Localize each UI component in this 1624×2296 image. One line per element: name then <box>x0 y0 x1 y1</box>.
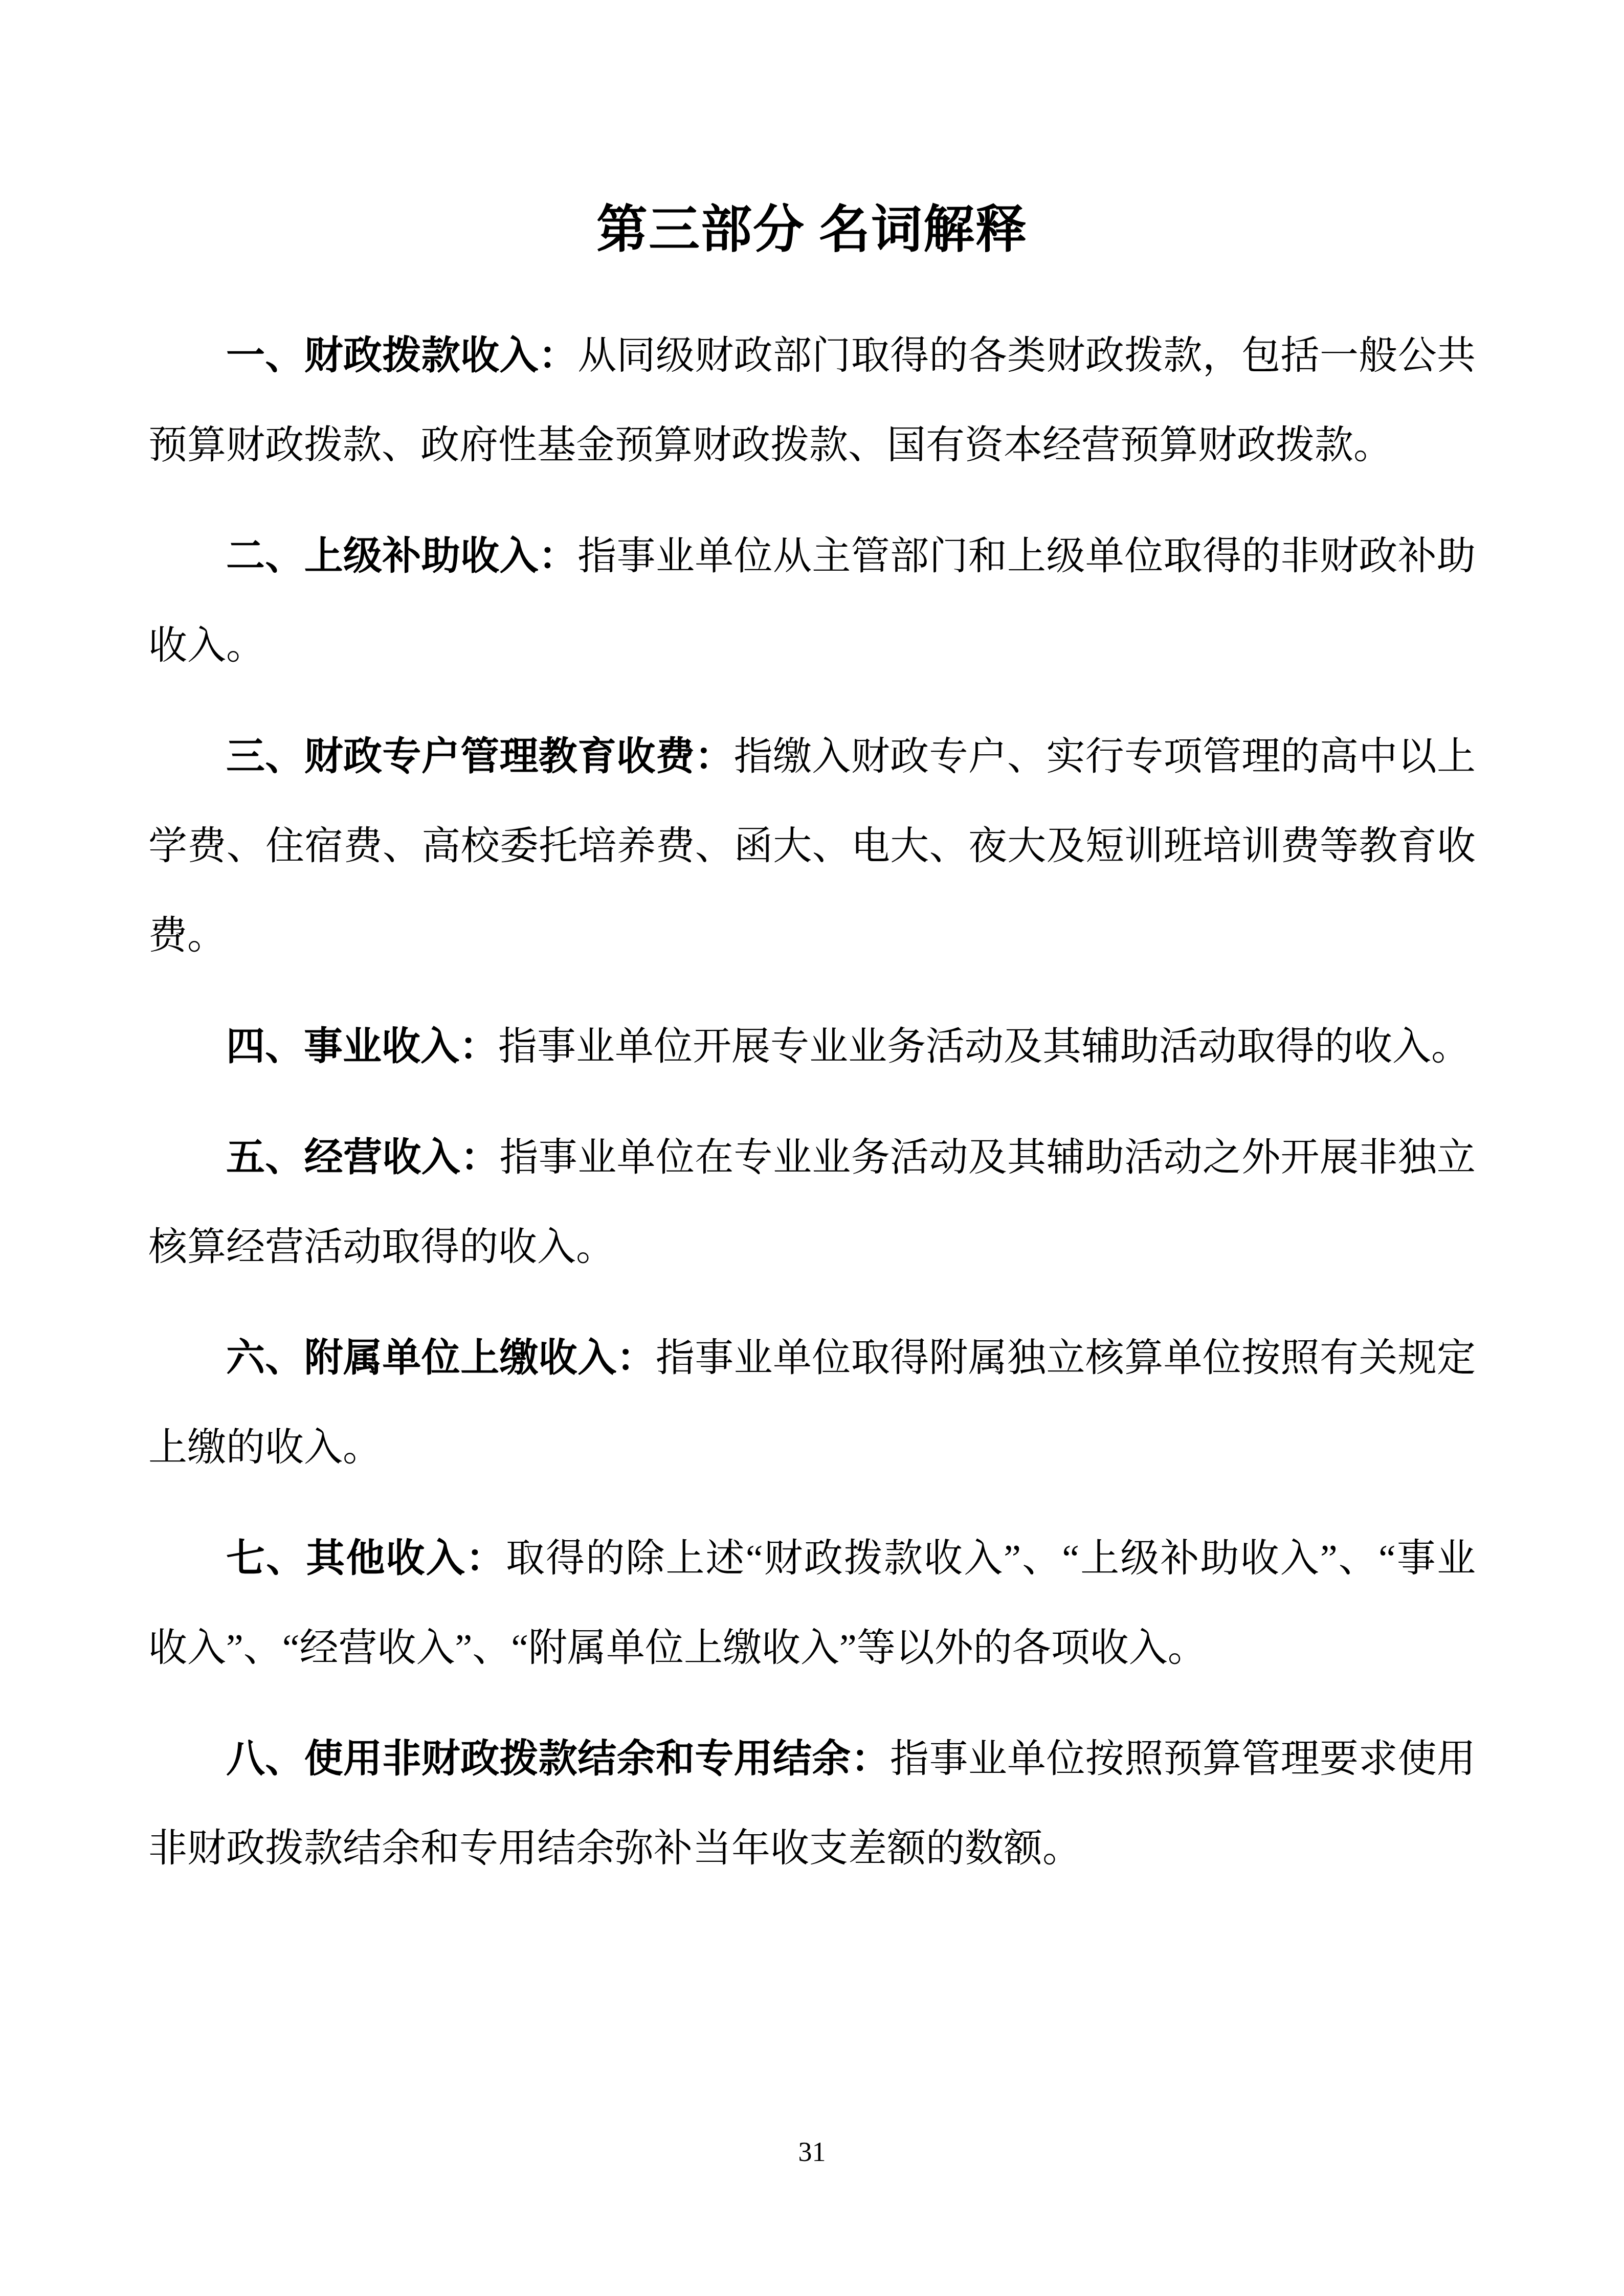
term-label-8: 八、使用非财政拨款结余和专用结余： <box>226 1738 890 1781</box>
glossary-entry-7: 七、其他收入：取得的除上述“财政拨款收入”、“上级补助收入”、“事业收入”、“经… <box>148 1514 1476 1693</box>
term-label-5: 五、经营收入： <box>226 1136 499 1179</box>
term-label-7: 七、其他收入： <box>226 1537 506 1580</box>
glossary-entry-6: 六、附属单位上缴收入：指事业单位取得附属独立核算单位按照有关规定上缴的收入。 <box>148 1314 1476 1493</box>
document-page: 第三部分 名词解释 一、财政拨款收入：从同级财政部门取得的各类财政拨款，包括一般… <box>0 0 1624 2296</box>
glossary-entry-2: 二、上级补助收入：指事业单位从主管部门和上级单位取得的非财政补助收入。 <box>148 512 1476 691</box>
term-label-4: 四、事业收入： <box>226 1025 498 1068</box>
term-label-1: 一、财政拨款收入： <box>226 334 577 377</box>
page-number: 31 <box>0 2136 1624 2167</box>
glossary-entry-3: 三、财政专户管理教育收费：指缴入财政专户、实行专项管理的高中以上学费、住宿费、高… <box>148 712 1476 981</box>
glossary-entry-1: 一、财政拨款收入：从同级财政部门取得的各类财政拨款，包括一般公共预算财政拨款、政… <box>148 311 1476 490</box>
term-definition-4: 指事业单位开展专业业务活动及其辅助活动取得的收入。 <box>498 1025 1470 1068</box>
page-title: 第三部分 名词解释 <box>148 0 1476 258</box>
term-label-3: 三、财政专户管理教育收费： <box>226 735 734 778</box>
glossary-entry-4: 四、事业收入：指事业单位开展专业业务活动及其辅助活动取得的收入。 <box>148 1002 1476 1092</box>
term-label-6: 六、附属单位上缴收入： <box>226 1337 656 1380</box>
term-label-2: 二、上级补助收入： <box>226 535 577 578</box>
glossary-entry-8: 八、使用非财政拨款结余和专用结余：指事业单位按照预算管理要求使用非财政拨款结余和… <box>148 1715 1476 1894</box>
glossary-entry-5: 五、经营收入：指事业单位在专业业务活动及其辅助活动之外开展非独立核算经营活动取得… <box>148 1113 1476 1292</box>
